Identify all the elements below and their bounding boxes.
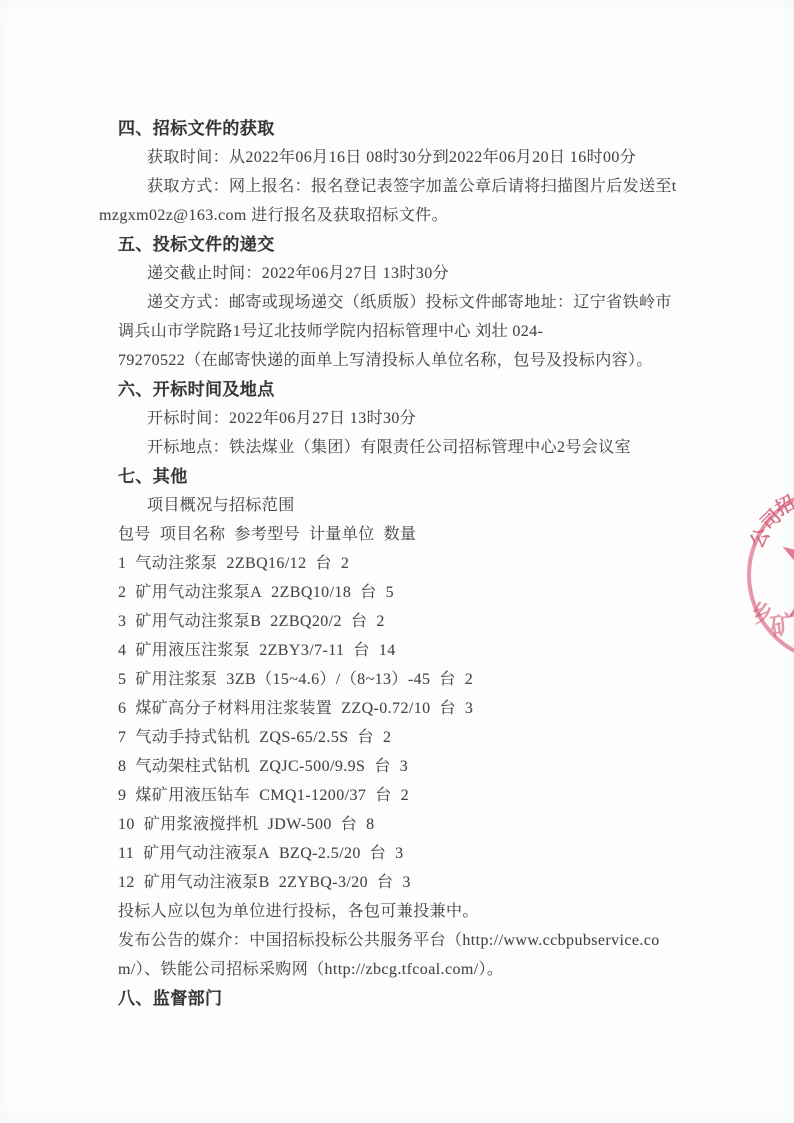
announcement-media-line-1: 发布公告的媒介：中国招标投标公共服务平台（http://www.ccbpubse… <box>118 926 698 955</box>
package-row: 4矿用液压注浆泵2ZBY3/7-11台14 <box>118 636 698 665</box>
cell-package-no: 12 <box>118 874 135 891</box>
cell-unit: 台 <box>439 671 455 688</box>
cell-unit: 台 <box>358 729 374 746</box>
cell-unit: 台 <box>353 642 369 659</box>
cell-item-name: 矿用注浆泵 <box>135 671 217 688</box>
cell-unit: 台 <box>370 845 386 862</box>
package-row: 10矿用浆液搅拌机JDW-500台8 <box>118 810 698 839</box>
cell-unit: 台 <box>375 787 391 804</box>
cell-package-no: 6 <box>118 700 126 717</box>
section-heading-bid-submission: 五、投标文件的递交 <box>118 230 698 259</box>
package-row: 11矿用气动注液泵ABZQ-2.5/20台3 <box>118 839 698 868</box>
package-row: 7气动手持式钻机ZQS-65/2.5S台2 <box>118 723 698 752</box>
cell-quantity: 8 <box>366 816 374 833</box>
cell-model: 2ZBY3/7-11 <box>259 642 344 659</box>
cell-quantity: 2 <box>401 787 409 804</box>
cell-package-no: 2 <box>118 584 126 601</box>
acquisition-email-line: mzgxm02z@163.com 进行报名及获取招标文件。 <box>99 201 698 230</box>
package-row: 5矿用注浆泵3ZB（15~4.6）/（8~13）-45台2 <box>118 665 698 694</box>
cell-item-name: 气动手持式钻机 <box>135 729 250 746</box>
document-page: 四、招标文件的获取 获取时间：从2022年06月16日 08时30分到2022年… <box>0 0 794 1123</box>
package-row: 3矿用气动注浆泵B2ZBQ20/2台2 <box>118 607 698 636</box>
cell-quantity: 3 <box>400 758 408 775</box>
acquisition-time-line: 获取时间：从2022年06月16日 08时30分到2022年06月20日 16时… <box>118 143 698 172</box>
cell-package-no: 8 <box>118 758 126 775</box>
cell-package-no: 4 <box>118 642 126 659</box>
cell-model: 2ZYBQ-3/20 <box>279 874 368 891</box>
package-row: 6煤矿高分子材料用注浆装置ZZQ-0.72/10台3 <box>118 694 698 723</box>
cell-quantity: 3 <box>395 845 403 862</box>
document-body: 四、招标文件的获取 获取时间：从2022年06月16日 08时30分到2022年… <box>118 114 698 1013</box>
package-row: 12矿用气动注液泵B2ZYBQ-3/20台3 <box>118 868 698 897</box>
cell-unit: 台 <box>440 700 456 717</box>
cell-unit: 台 <box>351 613 367 630</box>
bid-per-package-note: 投标人应以包为单位进行投标，各包可兼投兼中。 <box>118 897 698 926</box>
announcement-media-line-2: m/）、铁能公司招标采购网（http://zbcg.tfcoal.com/）。 <box>118 955 698 984</box>
submission-method-line: 递交方式：邮寄或现场递交（纸质版）投标文件邮寄地址：辽宁省铁岭市 <box>118 288 698 317</box>
package-row: 8气动架柱式钻机ZQJC-500/9.9S台3 <box>118 752 698 781</box>
opening-time-line: 开标时间：2022年06月27日 13时30分 <box>118 404 698 433</box>
acquisition-method-line: 获取方式：网上报名：报名登记表签字加盖公章后请将扫描图片后发送至t <box>118 172 698 201</box>
seal-inner-char: 矿 <box>768 604 794 643</box>
cell-model: 3ZB（15~4.6）/（8~13）-45 <box>226 671 430 688</box>
cell-model: ZQS-65/2.5S <box>259 729 348 746</box>
section-heading-bid-opening: 六、开标时间及地点 <box>118 375 698 404</box>
cell-unit: 台 <box>315 555 331 572</box>
cell-quantity: 14 <box>379 642 396 659</box>
cell-package-no: 11 <box>118 845 134 862</box>
header-cell-unit: 计量单位 <box>309 526 375 543</box>
cell-item-name: 矿用浆液搅拌机 <box>144 816 259 833</box>
package-row: 9煤矿用液压钻车CMQ1-1200/37台2 <box>118 781 698 810</box>
cell-quantity: 2 <box>376 613 384 630</box>
package-table-header: 包号项目名称参考型号计量单位数量 <box>118 520 698 549</box>
cell-item-name: 煤矿用液压钻车 <box>135 787 250 804</box>
section-heading-supervision: 八、监督部门 <box>118 984 698 1013</box>
submission-deadline-line: 递交截止时间：2022年06月27日 13时30分 <box>118 259 698 288</box>
cell-item-name: 气动架柱式钻机 <box>135 758 250 775</box>
cell-item-name: 煤矿高分子材料用注浆装置 <box>135 700 332 717</box>
cell-item-name: 矿用气动注浆泵B <box>135 613 261 630</box>
cell-item-name: 矿用气动注液泵A <box>143 845 270 862</box>
header-cell-item-name: 项目名称 <box>160 526 226 543</box>
cell-package-no: 5 <box>118 671 126 688</box>
header-cell-package-no: 包号 <box>118 526 151 543</box>
cell-model: BZQ-2.5/20 <box>279 845 361 862</box>
package-row: 2矿用气动注浆泵A2ZBQ10/18台5 <box>118 578 698 607</box>
cell-package-no: 3 <box>118 613 126 630</box>
section-heading-document-acquisition: 四、招标文件的获取 <box>118 114 698 143</box>
cell-package-no: 7 <box>118 729 126 746</box>
submission-address-line: 调兵山市学院路1号辽北技师学院内招标管理中心 刘壮 024- <box>118 317 698 346</box>
opening-location-line: 开标地点：铁法煤业（集团）有限责任公司招标管理中心2号会议室 <box>118 433 698 462</box>
submission-phone-line: 79270522（在邮寄快递的面单上写清投标人单位名称，包号及投标内容）。 <box>118 346 698 375</box>
cell-quantity: 3 <box>465 700 473 717</box>
cell-quantity: 2 <box>465 671 473 688</box>
section-heading-other: 七、其他 <box>118 462 698 491</box>
cell-item-name: 气动注浆泵 <box>135 555 217 572</box>
cell-quantity: 2 <box>383 729 391 746</box>
cell-item-name: 矿用气动注浆泵A <box>135 584 262 601</box>
header-cell-quantity: 数量 <box>384 526 417 543</box>
cell-quantity: 5 <box>386 584 394 601</box>
project-scope-line: 项目概况与招标范围 <box>118 491 698 520</box>
cell-quantity: 3 <box>402 874 410 891</box>
cell-quantity: 2 <box>341 555 349 572</box>
cell-model: 2ZBQ16/12 <box>226 555 306 572</box>
cell-unit: 台 <box>374 758 390 775</box>
cell-item-name: 矿用气动注液泵B <box>144 874 270 891</box>
cell-package-no: 10 <box>118 816 135 833</box>
cell-model: 2ZBQ20/2 <box>270 613 342 630</box>
package-row: 1气动注浆泵2ZBQ16/12台2 <box>118 549 698 578</box>
cell-unit: 台 <box>360 584 376 601</box>
cell-unit: 台 <box>341 816 357 833</box>
cell-item-name: 矿用液压注浆泵 <box>135 642 250 659</box>
cell-package-no: 9 <box>118 787 126 804</box>
cell-package-no: 1 <box>118 555 126 572</box>
cell-model: 2ZBQ10/18 <box>271 584 351 601</box>
cell-model: CMQ1-1200/37 <box>259 787 366 804</box>
cell-model: JDW-500 <box>268 816 332 833</box>
cell-model: ZZQ-0.72/10 <box>341 700 430 717</box>
header-cell-model: 参考型号 <box>234 526 300 543</box>
cell-unit: 台 <box>377 874 393 891</box>
cell-model: ZQJC-500/9.9S <box>259 758 365 775</box>
